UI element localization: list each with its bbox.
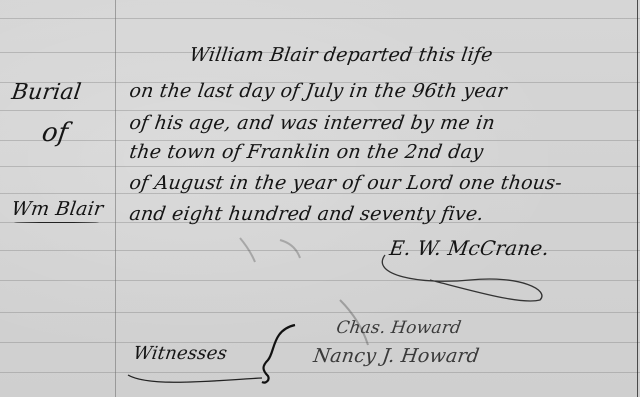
witness-name-2: Nancy J. Howard [312,345,481,367]
witnesses-label: Witnesses [132,343,229,364]
signature-flourish [0,0,640,397]
witness-name-1: Chas. Howard [335,318,463,338]
register-page: Burial of Wm Blair William Blair departe… [0,0,640,397]
